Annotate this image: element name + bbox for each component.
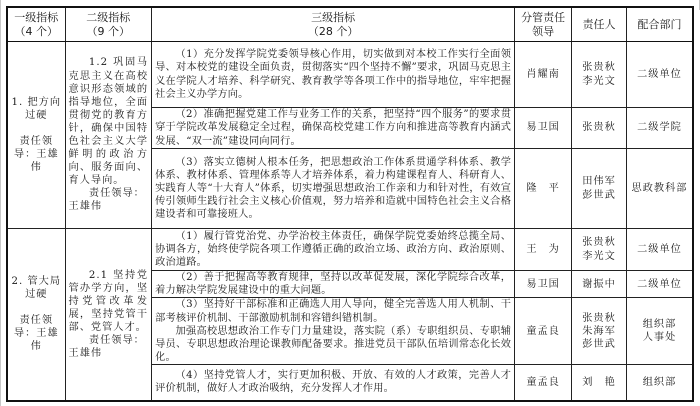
table-row: 2. 管大局 过硬 责任领 导：王雄 伟 2.1 坚持党管办学方向，坚持党管改革… <box>7 229 693 271</box>
leader-cell: 肖耀南 <box>515 42 572 108</box>
table-row: 1. 把方向 过硬 责任领 导：王雄 伟 1.2 巩固马克思主义在高校意识形态领… <box>7 42 693 108</box>
level1-leader-label: 责任领 <box>19 315 53 326</box>
level1-leader-label-cont: 导：王雄 <box>14 149 59 160</box>
owner-cell: 张贵秋 李光文 <box>572 229 627 271</box>
dept-name: 组织部 <box>643 319 677 330</box>
owner-name: 张贵秋 <box>582 62 616 73</box>
dept-cell: 二级单位 <box>626 271 693 298</box>
level1-leader-label-cont: 导：王雄 <box>14 328 59 339</box>
level1-cell-2: 2. 管大局 过硬 责任领 导：王雄 伟 <box>7 229 65 401</box>
owner-cell: 谢振中 <box>572 271 627 298</box>
owner-name: 朱海军 <box>582 326 616 337</box>
header-level1-title: 一级指标 <box>14 11 58 24</box>
header-leader: 分管责任 领导 <box>515 7 572 42</box>
level2-text: 2.1 坚持党管办学方向，坚持党管改革发展，坚持党管干部、党管人才。 <box>69 269 149 334</box>
dept-cell: 二级单位 <box>626 229 693 271</box>
level3-cell: （4）坚持党管人才，实行更加积极、开放、有效的人才政策，完善人才评价机制，做好人… <box>152 365 515 401</box>
leader-cell: 易卫国 <box>515 108 572 149</box>
leader-cell: 隆 平 <box>515 149 572 229</box>
level2-leader-label: 责任领导： <box>69 334 149 347</box>
header-level2: 二级指标 （9 个） <box>65 7 152 42</box>
level3-text: （1）履行管党治党、办学治校主体责任，确保学院党委始终总揽全局、协调各方，始终使… <box>155 230 511 269</box>
level3-text-cont: 加强高校思想政治工作专门力量建设，落实院（系）专职组织员、专职辅导员、专职思想政… <box>155 325 511 364</box>
leader-cell: 王 为 <box>515 229 572 271</box>
level3-cell: （3）坚持好干部标准和正确选人用人导向，健全完善选人用人机制、干部考核评价机制、… <box>152 298 515 365</box>
level1-title-cont: 过硬 <box>25 289 47 300</box>
owner-cell: 张贵秋 李光文 <box>572 42 627 108</box>
level1-title: 2. 管大局 <box>12 276 62 287</box>
dept-cell: 二级单位 <box>626 42 693 108</box>
level3-cell: （3）落实立德树人根本任务，把思想政治工作体系贯通学科体系、教学体系、教材体系、… <box>152 149 515 229</box>
leader-cell: 童孟良 <box>515 365 572 401</box>
leader-cell: 童孟良 <box>515 298 572 365</box>
owner-name: 李光文 <box>582 251 616 262</box>
header-level2-count: （9 个） <box>87 25 131 38</box>
header-leader-line2: 领导 <box>532 25 554 38</box>
level2-leader-name: 王雄伟 <box>69 348 103 359</box>
header-level3-count: （28 个） <box>308 25 359 38</box>
header-level2-title: 二级指标 <box>86 11 130 24</box>
owner-cell: 刘 艳 <box>572 365 627 401</box>
header-owner: 责任人 <box>572 7 627 42</box>
dept-cell: 组织部 人事处 <box>626 298 693 365</box>
level1-leader-name-end: 伟 <box>31 162 42 173</box>
level2-cell-2: 2.1 坚持党管办学方向，坚持党管改革发展，坚持党管干部、党管人才。 责任领导：… <box>65 229 152 401</box>
dept-cell: 思政教科部 <box>626 149 693 229</box>
owner-name: 张贵秋 <box>582 313 616 324</box>
level1-leader-name-end: 伟 <box>31 341 42 352</box>
indicator-table: 一级指标 （4 个） 二级指标 （9 个） 三级指标 （28 个） 分管责任 领… <box>6 6 694 402</box>
level3-text: （2）准确把握党建工作与业务工作的关系，把坚持“四个服务”的要求贯穿于学院改革发… <box>155 108 511 147</box>
level3-cell: （2）准确把握党建工作与业务工作的关系，把坚持“四个服务”的要求贯穿于学院改革发… <box>152 108 515 149</box>
level3-cell: （1）充分发挥学院党委领导核心作用，切实做到对本校工作实行全面领导、对本校党的建… <box>152 42 515 108</box>
header-level1: 一级指标 （4 个） <box>7 7 65 42</box>
owner-cell: 田伟军 彭世武 <box>572 149 627 229</box>
dept-cell: 组织部 <box>626 365 693 401</box>
owner-name: 彭世武 <box>582 339 616 350</box>
level2-text: 1.2 巩固马克思主义在高校意识形态领域的指导地位，全面贯彻党的教育方针，确保中… <box>69 56 149 187</box>
owner-name: 田伟军 <box>582 176 616 187</box>
dept-name: 人事处 <box>643 332 677 343</box>
level3-cell: （1）履行管党治党、办学治校主体责任，确保学院党委始终总揽全局、协调各方，始终使… <box>152 229 515 271</box>
header-level3: 三级指标 （28 个） <box>152 7 515 42</box>
dept-cell: 二级学院 <box>626 108 693 149</box>
owner-name: 李光文 <box>582 76 616 87</box>
level1-title: 1. 把方向 <box>12 97 62 108</box>
header-level1-count: （4 个） <box>15 25 59 38</box>
level2-cell-1: 1.2 巩固马克思主义在高校意识形态领域的指导地位，全面贯彻党的教育方针，确保中… <box>65 42 152 229</box>
leader-cell: 易卫国 <box>515 271 572 298</box>
level3-text: （1）充分发挥学院党委领导核心作用，切实做到对本校工作实行全面领导、对本校党的建… <box>155 48 511 100</box>
level3-text: （2）善于把握高等教育规律，坚持以改革促发展，深化学院综合改革，着力解决学院发展… <box>155 271 511 297</box>
header-row: 一级指标 （4 个） 二级指标 （9 个） 三级指标 （28 个） 分管责任 领… <box>7 7 693 42</box>
header-leader-line1: 分管责任 <box>521 11 565 24</box>
level3-text: （3）落实立德树人根本任务，把思想政治工作体系贯通学科体系、教学体系、教材体系、… <box>155 156 511 221</box>
header-level3-title: 三级指标 <box>311 11 355 24</box>
level3-text: （3）坚持好干部标准和正确选人用人导向，健全完善选人用人机制、干部考核评价机制、… <box>155 298 511 324</box>
header-dept: 配合部门 <box>626 7 693 42</box>
page-frame-left <box>0 0 1 406</box>
owner-cell: 张贵秋 朱海军 彭世武 <box>572 298 627 365</box>
level3-cell: （2）善于把握高等教育规律，坚持以改革促发展，深化学院综合改革，着力解决学院发展… <box>152 271 515 298</box>
level1-title-cont: 过硬 <box>25 110 47 121</box>
level1-leader-label: 责任领 <box>19 136 53 147</box>
owner-cell: 张贵秋 <box>572 108 627 149</box>
level3-text: （4）坚持党管人才，实行更加积极、开放、有效的人才政策，完善人才评价机制，做好人… <box>155 369 511 395</box>
level1-cell-1: 1. 把方向 过硬 责任领 导：王雄 伟 <box>7 42 65 229</box>
owner-name: 彭世武 <box>582 190 616 201</box>
level2-leader-label: 责任领导： <box>69 187 149 200</box>
level2-leader-name: 王雄伟 <box>69 201 103 212</box>
owner-name: 张贵秋 <box>582 237 616 248</box>
